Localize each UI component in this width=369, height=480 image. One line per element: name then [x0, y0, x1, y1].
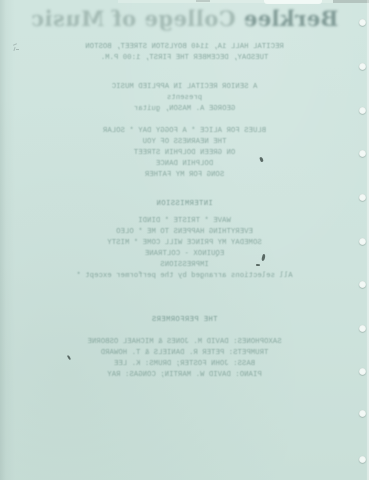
pencil-mark [12, 43, 20, 52]
bleed-line: WAVE * TRISTE * DINDI [0, 216, 369, 227]
scanned-page: Berklee College of Music RECITAL HALL 1A… [0, 0, 369, 480]
binding-hole [359, 19, 366, 26]
bleed-line: BLUES FOR ALICE * A FOGGY DAY * SOLAR [0, 126, 369, 137]
ink-speck [256, 264, 260, 266]
bleed-line: ON GREEN DOLPHIN STREET [0, 148, 369, 159]
bleed-line: SOMEDAY MY PRINCE WILL COME * MISTY [0, 238, 369, 249]
intermission-heading: INTERMISSION [0, 199, 369, 209]
program-block-2: WAVE * TRISTE * DINDIEVERYTHING HAPPENS … [0, 216, 369, 282]
college-logo-bleed: Berklee College of Music [0, 6, 369, 31]
binding-hole [359, 194, 366, 201]
title-block: A SENIOR RECITAL IN APPLIED MUSICpresent… [0, 82, 369, 115]
bleed-line: PIANO: DAVID W. MARTIN; CONGAS: RAY [0, 370, 369, 381]
bleed-line: EQUINOX - COLTRANE [0, 249, 369, 260]
bleed-line: BASS: JOHN FOSTER; DRUMS: K. LEE [0, 359, 369, 370]
bleed-line: SAXOPHONES: DAVID M. JONES & MICHAEL OSB… [0, 337, 369, 348]
binding-hole [359, 238, 366, 245]
binding-hole [359, 410, 366, 417]
logo-words-college-of-music: College of Music [31, 6, 236, 31]
program-block-1: BLUES FOR ALICE * A FOGGY DAY * SOLARTHE… [0, 126, 369, 181]
bleed-line: DOLPHIN DANCE [0, 159, 369, 170]
address-block: RECITAL HALL 1A, 1140 BOYLSTON STREET, B… [0, 42, 369, 64]
binding-hole [359, 325, 366, 332]
bleed-line: IMPRESSIONS [0, 260, 369, 271]
binding-hole [359, 63, 366, 70]
bleed-line: GEORGE A. MASON, guitar [0, 104, 369, 115]
bleed-line: A SENIOR RECITAL IN APPLIED MUSIC [0, 82, 369, 93]
binding-hole [359, 107, 366, 114]
binding-hole [359, 150, 366, 157]
performers-heading: THE PERFORMERS [0, 315, 369, 325]
bleed-line: presents [0, 93, 369, 104]
bleed-line: TRUMPETS: PETER R. DANIELS & T. HOWARD [0, 348, 369, 359]
bleed-line: All selections arranged by the performer… [0, 271, 369, 282]
bleed-line: EVERYTHING HAPPENS TO ME * OLEO [0, 227, 369, 238]
binding-hole [359, 456, 366, 463]
bleed-line: SONG FOR MY FATHER [0, 170, 369, 181]
bleed-line: TUESDAY, DECEMBER THE FIRST, 1:00 P.M. [0, 53, 369, 64]
bleed-line: RECITAL HALL 1A, 1140 BOYLSTON STREET, B… [0, 42, 369, 53]
binding-hole [359, 368, 366, 375]
bleed-line: THE NEARNESS OF YOU [0, 137, 369, 148]
bleed-through-layer: Berklee College of Music RECITAL HALL 1A… [0, 0, 369, 480]
performers-block: SAXOPHONES: DAVID M. JONES & MICHAEL OSB… [0, 337, 369, 381]
binding-hole [359, 281, 366, 288]
logo-word-berklee: Berklee [236, 6, 339, 31]
